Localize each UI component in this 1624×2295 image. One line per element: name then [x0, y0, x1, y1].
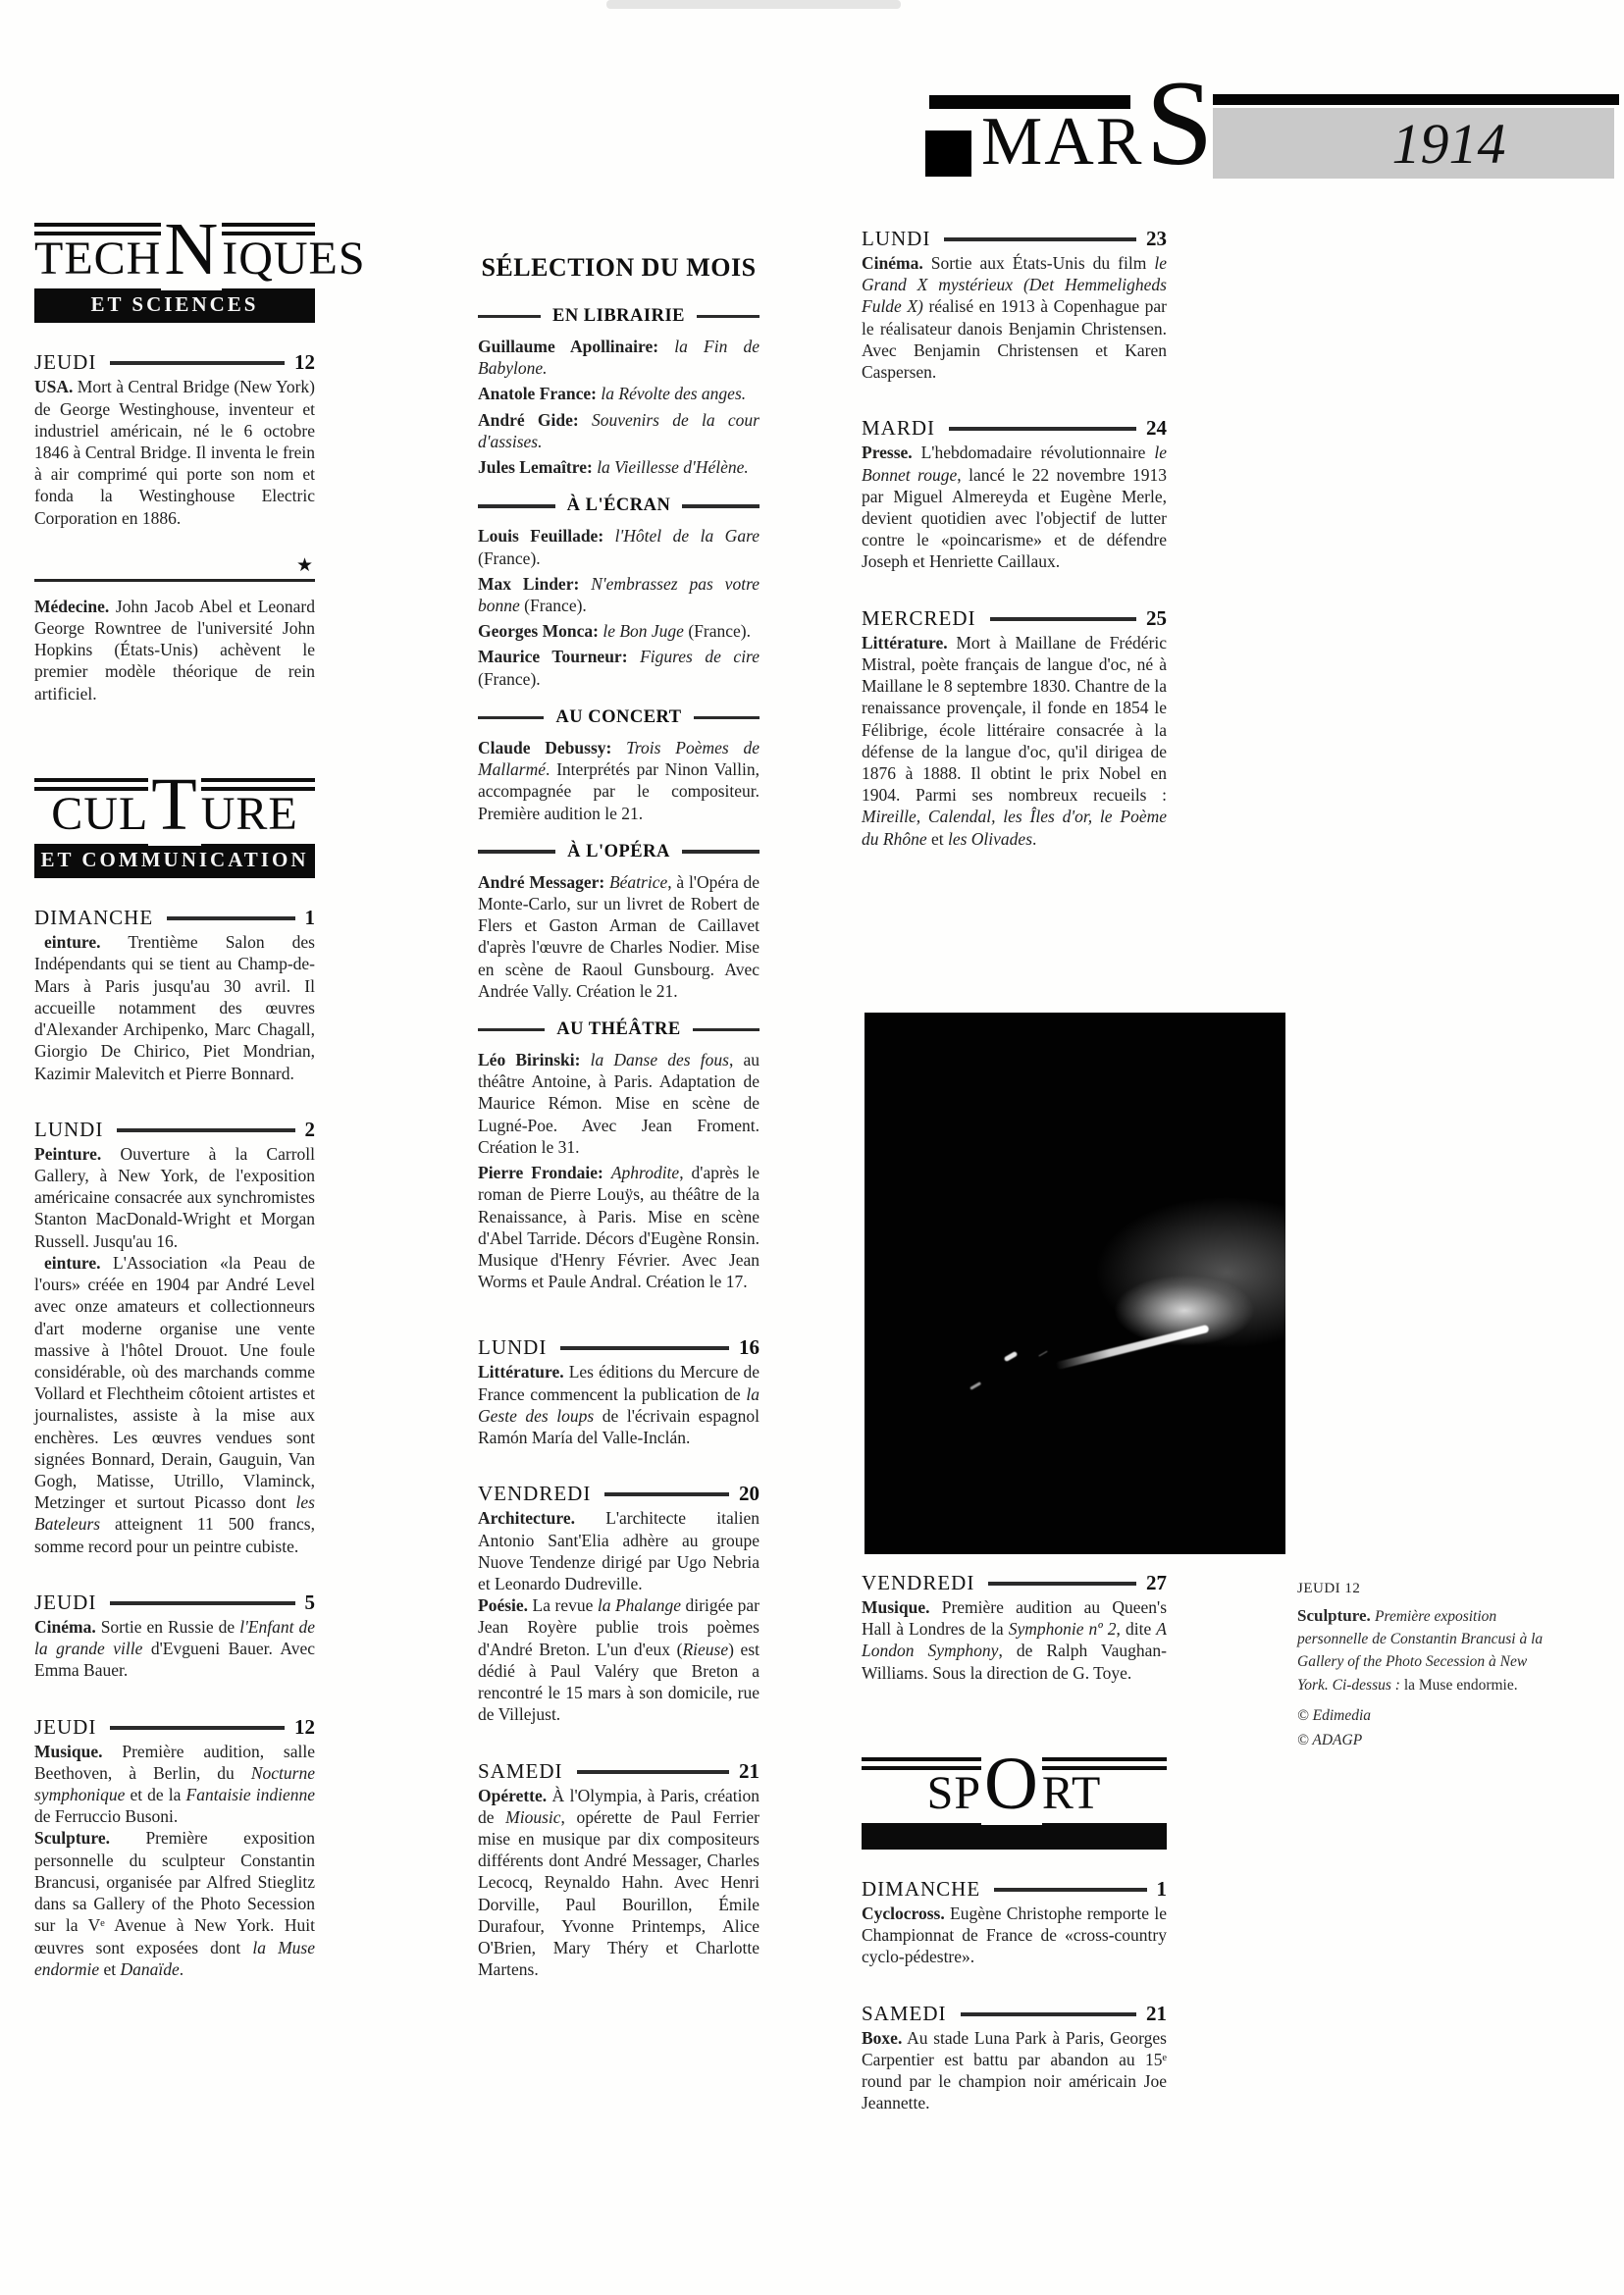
subsection-label: AU CONCERT: [544, 707, 693, 728]
text-run: Anatole France:: [478, 384, 601, 403]
subsection-label: À L'OPÉRA: [555, 842, 682, 862]
text-run: Figures de cire: [640, 647, 760, 666]
entry-day-label: VENDREDI: [862, 1573, 974, 1593]
column-right-upper: LUNDI23Cinéma. Sortie aux États-Unis du …: [862, 229, 1167, 850]
entry-header: LUNDI16: [478, 1337, 760, 1358]
text-run: Sortie aux États-Unis du film: [923, 253, 1155, 273]
paragraph: André Messager: Béatrice, à l'Opéra de M…: [478, 871, 760, 1002]
month-title: MARS: [981, 63, 1213, 221]
text-run: Miousic: [505, 1807, 560, 1827]
column-right-lower: VENDREDI27Musique. Première audition au …: [862, 1573, 1167, 2114]
rule-left: [478, 850, 555, 854]
entry-rule: [961, 2012, 1136, 2016]
item-list: Léo Birinski: la Danse des fous, au théâ…: [478, 1049, 760, 1292]
entry-rule: [944, 237, 1136, 241]
title-part: RT: [1042, 1767, 1101, 1819]
month-title-text: MAR: [981, 104, 1143, 180]
calendar-entry: JEUDI12Musique. Première audition, salle…: [34, 1717, 315, 1980]
paragraph: Boxe. Au stade Luna Park à Paris, George…: [862, 2027, 1167, 2114]
entry-rule: [988, 1582, 1136, 1586]
subsection-header: AU THÉÂTRE: [478, 1019, 760, 1040]
paragraph: Georges Monca: le Bon Juge (France).: [478, 620, 760, 642]
calendar-entry: VENDREDI27Musique. Première audition au …: [862, 1573, 1167, 1684]
entry-rule: [167, 916, 294, 920]
paragraph: USA. Mort à Central Bridge (New York) de…: [34, 376, 315, 529]
text-run: (France).: [478, 669, 541, 689]
paragraph: Louis Feuillade: l'Hôtel de la Gare (Fra…: [478, 525, 760, 568]
text-run: La revue: [528, 1595, 598, 1615]
entry-day-label: JEUDI: [34, 1717, 96, 1738]
text-run: Mort à Central Bridge (New York) de Geor…: [34, 377, 315, 527]
item-list: Claude Debussy: Trois Poèmes de Mallarmé…: [478, 737, 760, 824]
paragraph: einture. Trentième Salon des Indépendant…: [34, 931, 315, 1084]
entry-day-label: MARDI: [862, 418, 935, 439]
text-run: Architecture.: [478, 1508, 575, 1528]
text-run: Médecine.: [34, 597, 109, 616]
text-run: Claude Debussy:: [478, 738, 626, 757]
entry-rule: [117, 1128, 294, 1132]
scan-smudge: [606, 0, 901, 9]
section-title-techniques: TECHNIQUES: [34, 237, 315, 281]
text-run: Pierre Frondaie:: [478, 1163, 611, 1182]
text-run: Georges Monca:: [478, 621, 602, 641]
paragraph: Musique. Première audition au Queen's Ha…: [862, 1596, 1167, 1684]
paragraph: Littérature. Les éditions du Mercure de …: [478, 1361, 760, 1448]
paragraph: Opérette. À l'Olympia, à Paris, création…: [478, 1785, 760, 1981]
paragraph: Max Linder: N'embrassez pas votre bonne …: [478, 573, 760, 616]
text-run: André Messager:: [478, 872, 609, 892]
text-run: Symphonie nº 2: [1009, 1619, 1117, 1639]
text-run: les Olivades: [948, 829, 1032, 849]
caption-heading: JEUDI 12: [1297, 1578, 1545, 1600]
text-run: la Phalange: [598, 1595, 681, 1615]
entry-day-label: JEUDI: [34, 1592, 96, 1613]
paragraph: Anatole France: la Révolte des anges.: [478, 383, 760, 404]
entry-header: LUNDI23: [862, 229, 1167, 249]
entry-date: 20: [739, 1484, 760, 1504]
calendar-entry: VENDREDI20Architecture. L'architecte ita…: [478, 1484, 760, 1725]
text-run: Max Linder:: [478, 574, 591, 594]
item-list: André Messager: Béatrice, à l'Opéra de M…: [478, 871, 760, 1002]
subsection-header: EN LIBRAIRIE: [478, 306, 760, 327]
paragraph: Musique. Première audition, salle Beetho…: [34, 1741, 315, 1828]
text-run: André Gide:: [478, 410, 592, 430]
text-run: .: [1032, 829, 1036, 849]
month-title-big-letter: S: [1143, 56, 1213, 190]
text-run: (France).: [478, 548, 541, 568]
entry-day-label: DIMANCHE: [862, 1879, 980, 1900]
text-run: [1013, 275, 1023, 294]
subsection-header: À L'OPÉRA: [478, 842, 760, 862]
entry-header: DIMANCHE1: [862, 1879, 1167, 1900]
text-run: Musique.: [862, 1597, 930, 1617]
text-run: Aphrodite: [611, 1163, 679, 1182]
paragraph: Peinture. Ouverture à la Carroll Gallery…: [34, 1143, 315, 1252]
subsection-label: À L'ÉCRAN: [555, 496, 683, 516]
text-run: Sortie en Russie de: [96, 1617, 240, 1637]
text-run: Fantaisie indienne: [186, 1785, 315, 1804]
text-run: Guillaume Apollinaire:: [478, 337, 674, 356]
text-run: le Bon Juge: [602, 621, 684, 641]
entry-header: MERCREDI25: [862, 608, 1167, 629]
almanac-page: MARS 1914 TECHNIQUESET SCIENCESJEUDI12US…: [0, 0, 1624, 2295]
text-run: Cinéma.: [862, 253, 923, 273]
rule-right: [697, 315, 760, 319]
entry-rule: [110, 361, 285, 365]
title-part: CUL: [51, 788, 148, 840]
subsection-label: EN LIBRAIRIE: [541, 306, 697, 327]
entry-day-label: MERCREDI: [862, 608, 976, 629]
text-run: Léo Birinski:: [478, 1050, 591, 1069]
paragraph: Guillaume Apollinaire: la Fin de Babylon…: [478, 336, 760, 379]
rule-right: [682, 504, 760, 508]
text-run: einture.: [44, 932, 101, 952]
photo-light-streak: [1055, 1324, 1209, 1369]
text-run: USA.: [34, 377, 73, 396]
entry-date: 21: [1146, 2004, 1167, 2024]
paragraph: Poésie. La revue la Phalange dirigée par…: [478, 1594, 760, 1725]
item-list: Guillaume Apollinaire: la Fin de Babylon…: [478, 336, 760, 478]
paragraph: Jules Lemaître: la Vieillesse d'Hélène.: [478, 456, 760, 478]
text-run: Sculpture.: [1297, 1606, 1375, 1625]
calendar-entry: MERCREDI25Littérature. Mort à Maillane d…: [862, 608, 1167, 850]
text-run: Poésie.: [478, 1595, 528, 1615]
photo-credit: © ADAGP: [1297, 1729, 1545, 1751]
section-banner-culture: CULTUREET COMMUNICATION: [34, 763, 315, 878]
paragraph: André Gide: Souvenirs de la cour d'assis…: [478, 409, 760, 452]
entry-date: 1: [1157, 1879, 1168, 1900]
entry-day-label: VENDREDI: [478, 1484, 591, 1504]
text-run: la Muse endormie.: [1404, 1677, 1518, 1694]
photo-muse-endormie: [864, 1013, 1285, 1554]
paragraph: Léo Birinski: la Danse des fous, au théâ…: [478, 1049, 760, 1158]
entry-header: JEUDI5: [34, 1592, 315, 1613]
entry-date: 12: [294, 1717, 315, 1738]
title-big-letter: T: [148, 763, 200, 846]
rule-right: [694, 716, 760, 720]
entry-date: 21: [739, 1761, 760, 1782]
section-banner-sport: SPORT: [862, 1743, 1167, 1850]
item-list: Louis Feuillade: l'Hôtel de la Gare (Fra…: [478, 525, 760, 690]
entry-rule: [110, 1601, 294, 1605]
text-run: Presse.: [862, 443, 913, 462]
calendar-entry: LUNDI16Littérature. Les éditions du Merc…: [478, 1337, 760, 1448]
entry-day-label: JEUDI: [34, 352, 96, 373]
title-part: URE: [201, 788, 298, 840]
rule-left: [478, 1028, 545, 1032]
entry-header: DIMANCHE1: [34, 908, 315, 928]
text-run: Cinéma.: [34, 1617, 96, 1637]
rule-right: [693, 1028, 760, 1032]
text-run: (France).: [520, 596, 587, 615]
black-square-icon: [925, 130, 971, 177]
text-run: et: [927, 829, 948, 849]
calendar-entry: JEUDI12USA. Mort à Central Bridge (New Y…: [34, 352, 315, 529]
entry-header: LUNDI2: [34, 1120, 315, 1140]
text-run: Mort à Maillane de Frédéric Mistral, poè…: [862, 633, 1167, 806]
title-part: TECH: [34, 233, 161, 285]
text-run: Au stade Luna Park à Paris, Georges Carp…: [862, 2028, 1167, 2113]
paragraph: Cyclocross. Eugène Christophe remporte l…: [862, 1903, 1167, 1968]
subsection-label: AU THÉÂTRE: [545, 1019, 692, 1040]
text-run: .: [180, 1959, 183, 1979]
paragraph: Cinéma. Sortie en Russie de l'Enfant de …: [34, 1616, 315, 1682]
entry-day-label: LUNDI: [34, 1120, 103, 1140]
rule-right: [682, 850, 760, 854]
paragraph: Cinéma. Sortie aux États-Unis du film le…: [862, 252, 1167, 383]
text-run: Opérette.: [478, 1786, 547, 1805]
text-run: la Vieillesse d'Hélène.: [597, 457, 749, 477]
paragraph: Presse. L'hebdomadaire révolutionnaire l…: [862, 442, 1167, 572]
text-run: et: [99, 1959, 120, 1979]
calendar-entry: MARDI24Presse. L'hebdomadaire révolution…: [862, 418, 1167, 572]
paragraph: Architecture. L'architecte italien Anton…: [478, 1507, 760, 1594]
entry-rule: [560, 1346, 729, 1350]
year-label: 1914: [1392, 111, 1506, 177]
entry-date: 12: [294, 352, 315, 373]
entry-date: 27: [1146, 1573, 1167, 1593]
entry-date: 5: [305, 1592, 316, 1613]
section-subtitle-bar: [862, 1823, 1167, 1850]
selection-title: SÉLECTION DU MOIS: [478, 253, 760, 283]
entry-header: JEUDI12: [34, 1717, 315, 1738]
calendar-entry: DIMANCHE1einture. Trentième Salon des In…: [34, 908, 315, 1084]
text-run: la Révolte des anges.: [601, 384, 746, 403]
title-big-letter: O: [981, 1743, 1042, 1825]
entry-date: 24: [1146, 418, 1167, 439]
photo-caption: JEUDI 12 Sculpture. Première exposition …: [1297, 1578, 1545, 1751]
calendar-entry: LUNDI23Cinéma. Sortie aux États-Unis du …: [862, 229, 1167, 383]
rule-left: [478, 504, 555, 508]
text-run: la Danse des fous: [591, 1050, 729, 1069]
section-subtitle-bar: ET COMMUNICATION: [34, 844, 315, 878]
entry-rule: [577, 1770, 729, 1774]
paragraph: Pierre Frondaie: Aphrodite, d'après le r…: [478, 1162, 760, 1292]
section-title-sport: SPORT: [862, 1772, 1167, 1815]
rule-left: [478, 716, 544, 720]
star-icon: ★: [296, 554, 313, 577]
text-run: , opérette de Paul Ferrier mise en musiq…: [478, 1807, 760, 1980]
section-title-culture: CULTURE: [34, 793, 315, 836]
entry-rule: [949, 427, 1136, 431]
calendar-entry: SAMEDI21Opérette. À l'Olympia, à Paris, …: [478, 1761, 760, 1981]
entry-header: SAMEDI21: [862, 2004, 1167, 2024]
caption-body: Sculpture. Première exposition personnel…: [1297, 1603, 1545, 1696]
title-big-letter: N: [161, 208, 222, 290]
section-banner-techniques: TECHNIQUESET SCIENCES: [34, 208, 315, 323]
entry-day-label: LUNDI: [478, 1337, 547, 1358]
column-middle: SÉLECTION DU MOISEN LIBRAIRIEGuillaume A…: [478, 253, 760, 1980]
entry-header: JEUDI12: [34, 352, 315, 373]
masthead-rule-right: [1185, 94, 1619, 105]
photo-credit: © Edimedia: [1297, 1704, 1545, 1727]
rule-left: [478, 315, 541, 319]
entry-date: 25: [1146, 608, 1167, 629]
section-subtitle-bar: ET SCIENCES: [34, 288, 315, 323]
column-left: TECHNIQUESET SCIENCESJEUDI12USA. Mort à …: [34, 208, 315, 1980]
calendar-entry: SAMEDI21Boxe. Au stade Luna Park à Paris…: [862, 2004, 1167, 2114]
entry-day-label: SAMEDI: [478, 1761, 563, 1782]
entry-header: SAMEDI21: [478, 1761, 760, 1782]
text-run: Maurice Tourneur:: [478, 647, 640, 666]
text-run: Cyclocross.: [862, 1904, 945, 1923]
paragraph: einture. L'Association «la Peau de l'our…: [34, 1252, 315, 1557]
text-run: L'Association «la Peau de l'ours» créée …: [34, 1253, 315, 1512]
text-run: et de la: [125, 1785, 185, 1804]
text-run: einture.: [44, 1253, 101, 1273]
text-run: Louis Feuillade:: [478, 526, 615, 546]
entry-rule: [110, 1726, 285, 1730]
calendar-entry: LUNDI2Peinture. Ouverture à la Carroll G…: [34, 1120, 315, 1557]
text-run: Béatrice: [609, 872, 667, 892]
text-run: Rieuse: [682, 1640, 728, 1659]
text-run: l'Hôtel de la Gare: [615, 526, 760, 546]
paragraph: Sculpture. Première exposition personnel…: [34, 1827, 315, 1980]
paragraph: Claude Debussy: Trois Poèmes de Mallarmé…: [478, 737, 760, 824]
photo-glints: [1003, 1351, 1018, 1362]
text-run: Jules Lemaître:: [478, 457, 597, 477]
text-run: L'hebdomadaire révolutionnaire: [913, 443, 1155, 462]
text-run: Littérature.: [862, 633, 948, 652]
subsection-header: AU CONCERT: [478, 707, 760, 728]
text-run: Danaïde: [121, 1959, 180, 1979]
text-run: de Ferruccio Busoni.: [34, 1806, 178, 1826]
entry-rule: [994, 1888, 1146, 1892]
subsection-header: À L'ÉCRAN: [478, 496, 760, 516]
entry-date: 16: [739, 1337, 760, 1358]
entry-continued: Médecine. John Jacob Abel et Leonard Geo…: [34, 596, 315, 704]
calendar-entry: JEUDI5Cinéma. Sortie en Russie de l'Enfa…: [34, 1592, 315, 1682]
text-run: Peinture.: [34, 1144, 101, 1164]
entry-header: VENDREDI20: [478, 1484, 760, 1504]
text-run: (France).: [684, 621, 751, 641]
text-run: Musique.: [34, 1742, 103, 1761]
year-box: 1914: [1205, 108, 1614, 179]
entry-header: VENDREDI27: [862, 1573, 1167, 1593]
paragraph: Maurice Tourneur: Figures de cire (Franc…: [478, 646, 760, 689]
paragraph: Médecine. John Jacob Abel et Leonard Geo…: [34, 596, 315, 704]
entry-day-label: LUNDI: [862, 229, 930, 249]
title-part: IQUES: [222, 233, 365, 285]
text-run: Boxe.: [862, 2028, 902, 2048]
entry-header: MARDI24: [862, 418, 1167, 439]
entry-date: 1: [305, 908, 316, 928]
paragraph: Littérature. Mort à Maillane de Frédéric…: [862, 632, 1167, 850]
entry-date: 2: [305, 1120, 316, 1140]
title-part: SP: [927, 1767, 981, 1819]
rule-line: [34, 579, 315, 583]
entry-day-label: SAMEDI: [862, 2004, 947, 2024]
entry-rule: [990, 617, 1136, 621]
text-run: , dite: [1117, 1619, 1157, 1639]
text-run: Sculpture.: [34, 1828, 110, 1848]
calendar-entry: DIMANCHE1Cyclocross. Eugène Christophe r…: [862, 1879, 1167, 1968]
text-run: Trentième Salon des Indépendants qui se …: [34, 932, 315, 1082]
star-rule: ★: [34, 554, 315, 588]
text-run: Littérature.: [478, 1362, 564, 1382]
entry-date: 23: [1146, 229, 1167, 249]
entry-rule: [604, 1492, 729, 1496]
entry-day-label: DIMANCHE: [34, 908, 153, 928]
